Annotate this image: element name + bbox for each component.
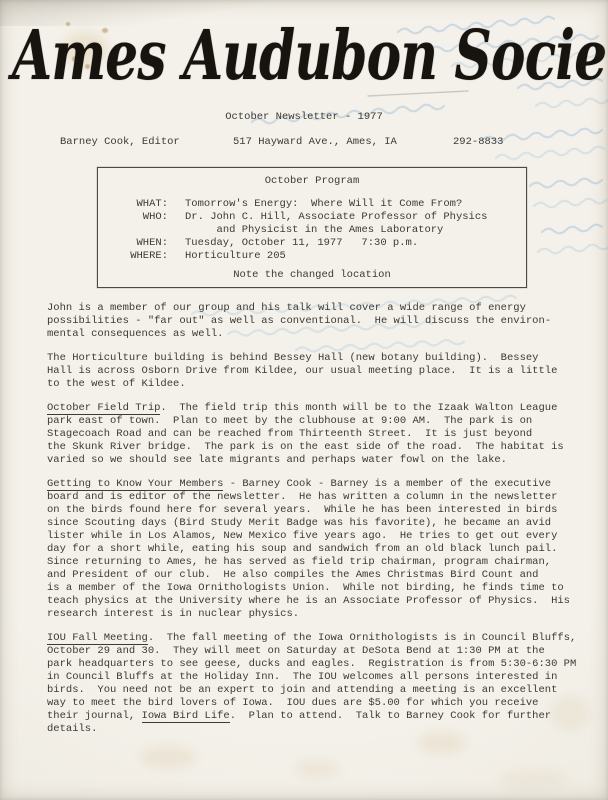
program-row-value: Dr. John C. Hill, Associate Professor of…	[185, 211, 526, 237]
section-heading-october-field-trip: October Field Trip	[47, 402, 160, 415]
program-row-label: WHO:	[98, 211, 168, 237]
program-row-value: Tomorrow's Energy: Where Will it Come Fr…	[185, 198, 526, 211]
program-box: October Program WHAT: Tomorrow's Energy:…	[97, 167, 527, 288]
paper-stain	[295, 760, 339, 778]
newsletter-date-line: October Newsletter - 1977	[0, 111, 608, 124]
scanned-newsletter-page: Ames Audubon Society October Newsletter …	[0, 0, 608, 800]
iou-meeting-text: . The fall meeting of the Iowa Ornitholo…	[47, 632, 576, 722]
program-row-what: WHAT: Tomorrow's Energy: Where Will it C…	[98, 198, 526, 211]
program-box-title: October Program	[98, 175, 526, 188]
paragraph-october-field-trip: October Field Trip. The field trip this …	[47, 402, 603, 467]
program-row-when: WHEN: Tuesday, October 11, 1977 7:30 p.m…	[98, 237, 526, 250]
program-box-rows: WHAT: Tomorrow's Energy: Where Will it C…	[98, 198, 526, 263]
program-row-value: Horticulture 205	[185, 250, 526, 263]
paragraph-getting-to-know-members: Getting to Know Your Members - Barney Co…	[47, 478, 603, 621]
section-heading-iou-fall-meeting: IOU Fall Meeting	[47, 632, 148, 645]
editor-address: 517 Hayward Ave., Ames, IA	[233, 136, 397, 149]
editor-phone: 292-8833	[453, 136, 503, 149]
newsletter-body: John is a member of our group and his ta…	[47, 302, 603, 747]
editor-name: Barney Cook, Editor	[60, 136, 180, 149]
paper-stain	[140, 746, 196, 768]
program-row-value: Tuesday, October 11, 1977 7:30 p.m.	[185, 237, 526, 250]
paragraph-iou-fall-meeting: IOU Fall Meeting. The fall meeting of th…	[47, 632, 603, 736]
paragraph-location-directions: The Horticulture building is behind Bess…	[47, 352, 603, 391]
paper-stain	[498, 770, 568, 788]
program-row-where: WHERE: Horticulture 205	[98, 250, 526, 263]
program-row-who: WHO: Dr. John C. Hill, Associate Profess…	[98, 211, 526, 237]
member-profile-text: - Barney Cook - Barney is a member of th…	[47, 478, 570, 620]
program-row-label: WHERE:	[98, 250, 168, 263]
masthead-title-text: Ames Audubon Society	[12, 22, 608, 90]
program-row-label: WHEN:	[98, 237, 168, 250]
program-box-note: Note the changed location	[98, 269, 526, 282]
paragraph-speaker-intro: John is a member of our group and his ta…	[47, 302, 603, 341]
section-heading-getting-to-know-your-members: Getting to Know Your Members	[47, 478, 223, 491]
journal-title-iowa-bird-life: Iowa Bird Life	[142, 710, 230, 723]
program-row-label: WHAT:	[98, 198, 168, 211]
masthead-title: Ames Audubon Society	[12, 22, 608, 90]
